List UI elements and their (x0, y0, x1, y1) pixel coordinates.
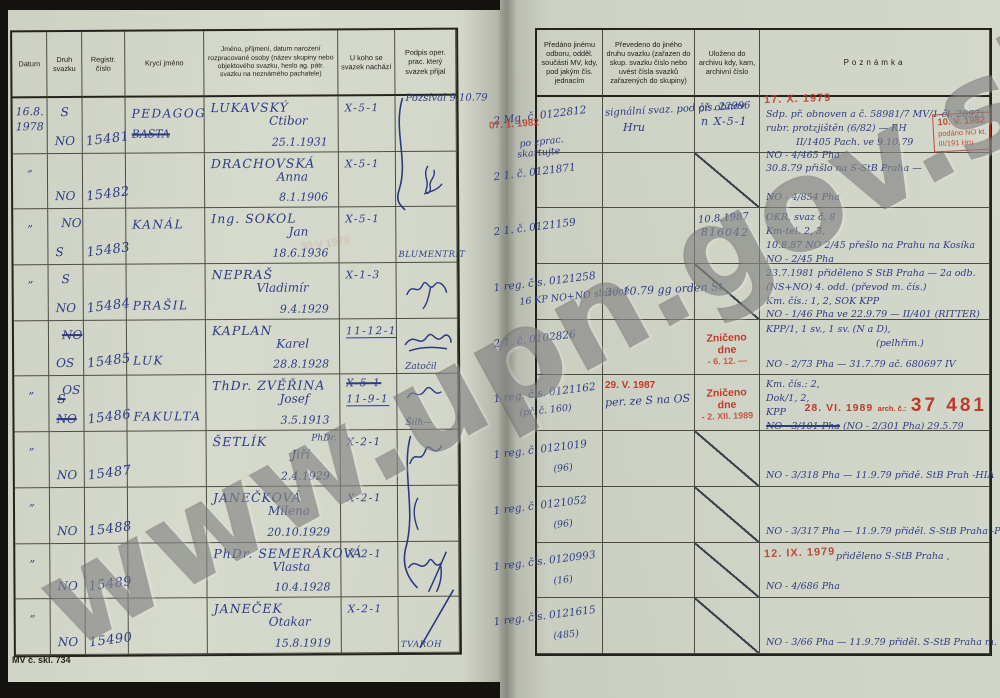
datum-value: „ (14, 272, 48, 287)
ukoho-cell: X-2-1 (341, 486, 398, 542)
ukoho-cell: X-5-1 (339, 152, 396, 208)
druh-top: S (62, 272, 70, 286)
location-code: X-2-1 (347, 436, 382, 448)
druh-cell: NO (48, 154, 83, 210)
left-registry-table: Datum Druh svazku Registr. číslo Krycí j… (10, 28, 462, 658)
podpis-cell: TVAROH (399, 597, 460, 653)
header-jmeno-prijmeni: Jméno, příjmení, datum narození rozpraco… (204, 30, 338, 97)
first-name: Otakar (269, 615, 311, 629)
signature-scribble (401, 382, 449, 408)
archive-number-stamp: 28. VI. 1989 arch. č.: 37 481 (805, 395, 987, 417)
note-line: 10.8.87 NO 2/45 přešlo na Prahu na Kosík… (766, 239, 983, 253)
signature-text: TVAROH (401, 640, 442, 650)
reg-cell: 15489 (85, 543, 128, 599)
note-line: Km-tel. 2, 3, (766, 225, 983, 239)
podpis-cell (398, 541, 459, 597)
datum-cell: „ (14, 265, 49, 321)
datum-value: „ (15, 551, 49, 566)
prevedeno-cell: 29. V. 1987per. ze S na OS (603, 375, 695, 431)
druh-bottom: S (55, 245, 63, 259)
reg-number: 15487 (87, 463, 132, 483)
date-stamp: 17. X. 1979 (764, 92, 832, 106)
first-name: Vlasta (273, 559, 311, 573)
kryci-cell (128, 543, 207, 599)
boxed-date-stamp: 10. V. 1982podáno NO kt.III/191 Hru (932, 111, 992, 152)
reg-cell: 15486 (84, 376, 127, 432)
kryci-cell: KANÁL (126, 209, 205, 265)
header-ulozeno: Uloženo do archivu kdy, kam, archivní čí… (695, 30, 760, 97)
kryci-cell (128, 487, 207, 543)
datum-value: „ (15, 495, 49, 510)
scanned-registry-spread: 30 V 1979 Datum Druh svazku Registr. čís… (0, 0, 1000, 698)
predano-cell: 1 reg. čís. 012125816 KP NO+NO složené (537, 264, 603, 320)
datum-cell: „ (16, 599, 51, 655)
note-line: (pelhřim.) (876, 337, 983, 351)
note-line: OKR, svaz č. 8 (766, 211, 983, 225)
date-of-birth: 10.4.1928 (274, 581, 330, 594)
podpis-cell: Zatočil (397, 318, 458, 374)
poznamka-cell: NO - 3/317 Pha — 11.9.79 přiděl. S-StB P… (760, 487, 990, 543)
header-prevedeno: Převedeno do jiného druhu svazku (zařaze… (603, 30, 695, 97)
datum-value: 16.8. 1978 (13, 105, 47, 135)
crossed-out-slash (695, 487, 759, 542)
note-line: NO - 3/317 Pha — 11.9.79 přiděl. S-StB P… (766, 525, 983, 539)
location-code: X-5-1 (345, 213, 380, 225)
destroyed-stamp: Zničeno dne- 6. 12. — (696, 331, 757, 367)
signature-scribble (402, 549, 458, 593)
reg-number: 15485 (86, 351, 131, 371)
predano-cell: 1 reg. čís. 0121615(485) (537, 598, 603, 654)
poznamka-cell: 23.7.1981 přiděleno S StB Praha — 2a odb… (760, 264, 990, 320)
druh-bottom: NO (58, 635, 78, 649)
ukoho-cell: X-2-1 (341, 542, 398, 598)
date-stamp: 12. IX. 1979 (764, 545, 836, 559)
first-name: Vladimír (256, 281, 308, 295)
predano-cell: 2 1. č. 0102826 (537, 320, 603, 376)
date-of-birth: 9.4.1929 (280, 302, 329, 315)
ulozeno-cell (695, 487, 760, 543)
kryci-cell: PEDAGOGBASTA (126, 97, 205, 153)
note-line: NO - 3/318 Pha — 11.9.79 přidě. StB Prah… (766, 469, 983, 483)
ukoho-cell: X-5-1 (339, 207, 396, 263)
jmeno-cell: JANEČKOVÁMilena20.10.1929 (207, 486, 341, 543)
ulozeno-cell (695, 598, 760, 654)
kryci-cell: PRAŠIL (127, 264, 206, 320)
druh-bottom: NO (56, 301, 76, 315)
cover-name: FAKULTA (133, 409, 201, 423)
poznamka-cell: 12. IX. 1979přiděleno S-StB Praha ,NO - … (760, 543, 990, 599)
ukoho-cell: X-5-111-9-1 (340, 374, 397, 430)
ulozeno-cell: Zničeno dne- 2. XII. 1989 (695, 375, 760, 431)
druh-bottom: OS (56, 356, 74, 370)
crossed-out-slash (695, 431, 759, 486)
prevedeno-cell (603, 543, 695, 599)
poznamka-cell: 30.8.79 přišlo na S-StB Praha —NO - 4/85… (760, 153, 990, 209)
prevedeno-cell (603, 153, 695, 209)
druh-top-struck: NO (62, 328, 82, 342)
date-of-birth: 25.1.1931 (272, 135, 328, 148)
datum-cell: „ (15, 488, 50, 544)
header-datum: Datum (12, 32, 47, 98)
ulozeno-cell (695, 543, 760, 599)
reg-cell: 15481 (83, 98, 126, 154)
location-code: X-2-1 (347, 492, 382, 504)
kryci-cell: LUK (127, 320, 206, 376)
jmeno-cell: ThDr. ZVĚŘINAJosef3.5.1913 (206, 375, 340, 432)
signature-text: Šilh— (405, 418, 432, 428)
druh-top: S (61, 105, 69, 119)
podpis-cell: Šilh— (397, 374, 458, 430)
reg-number: 15489 (88, 574, 133, 594)
title: PhDr. (311, 434, 336, 444)
reg-cell: 15483 (83, 209, 126, 265)
location-code: X-1-3 (346, 269, 381, 281)
date-of-birth: 28.8.1928 (273, 358, 329, 371)
note-line: 23.7.1981 přiděleno S StB Praha — 2a odb… (766, 267, 983, 281)
kryci-cell (129, 598, 208, 654)
location-code: X-5-1 (345, 102, 380, 114)
signature-text: Zatočil (405, 362, 437, 372)
signature-scribble (401, 271, 453, 311)
ulozeno-text: př. obnov. (698, 100, 748, 114)
note-line: KPP/1, 1 sv., 1 sv. (N a D), (766, 323, 983, 337)
datum-value: „ (15, 439, 49, 454)
reg-cell: 15485 (84, 320, 127, 376)
ulozeno-cell: Zničeno dne- 6. 12. — (695, 320, 760, 376)
reg-number: 15484 (86, 296, 131, 316)
location-code: X-5-1 (345, 158, 380, 170)
druh-cell: OSSNO (49, 376, 84, 432)
druh-bottom: NO (57, 468, 77, 482)
prevedeno-signature: Hru (623, 121, 645, 134)
reg-number: 15490 (88, 630, 133, 650)
note-line: NO - 3/66 Pha — 11.9.79 přiděl. S-StB Pr… (766, 636, 983, 650)
prevedeno-cell (603, 431, 695, 487)
location-code-struck: X-5-1 (346, 378, 381, 390)
surname: ŠETLÍK (213, 434, 268, 449)
predano-cell: 1 reg. čís. 0121162(př. č. 160) (537, 375, 603, 431)
location-code: 11-12-1 (346, 325, 397, 338)
predano-cell: 2 1. č. 0121871 (537, 153, 603, 209)
jmeno-cell: KAPLANKarel28.8.1928 (206, 319, 340, 376)
header-predano: Předáno jinému odboru, odděl. součásti M… (537, 30, 603, 97)
datum-cell: „ (14, 377, 49, 433)
ulozeno-date: 10.8.1987 (698, 212, 750, 227)
destroyed-stamp: Zničeno dne- 2. XII. 1989 (696, 386, 757, 422)
ulozeno-cell (695, 431, 760, 487)
prevedeno-cell: 30.10.79 gg orden St. (603, 264, 695, 320)
signature-scribble (402, 438, 452, 472)
jmeno-cell: JANEČEKOtakar15.8.1919 (208, 598, 342, 655)
podpis-cell (398, 430, 459, 486)
podpis-cell (396, 151, 457, 207)
header-poznamka: Poznámka (760, 30, 990, 97)
signature-text: BLUMENTRIT (398, 250, 465, 260)
signature-text: Pozsíval 9.10.79 (405, 92, 487, 104)
date-stamp: 29. V. 1987 (605, 380, 655, 391)
crossed-out-slash (695, 153, 759, 208)
first-name: Milena (268, 503, 310, 517)
note-line: NO - 2/73 Pha — 31.7.79 ač. 680697 IV (766, 358, 983, 372)
cover-name: PRAŠIL (133, 298, 189, 312)
header-u-koho: U koho se svazek nachází (338, 30, 395, 96)
location-code: X-2-1 (347, 548, 382, 560)
location-code: X-2-1 (348, 603, 383, 615)
reg-cell: 15487 (85, 432, 128, 488)
prevedeno-cell (603, 487, 695, 543)
jmeno-cell: Ing. SOKOLJan18.6.1936 (205, 208, 339, 265)
date-of-birth: 2.4.1929 (281, 469, 330, 482)
jmeno-cell: PhDr. SEMERÁKOVÁVlasta10.4.1928 (207, 542, 341, 599)
date-of-birth: 3.5.1913 (280, 414, 329, 427)
crossed-out-slash (695, 543, 759, 598)
prevedeno-cell (603, 208, 695, 264)
date-of-birth: 8.1.1906 (279, 191, 328, 204)
druh-cell: SNO (49, 265, 84, 321)
signature-scribble (401, 326, 455, 360)
jmeno-cell: ŠETLÍKPhDr.Jiří2.4.1929 (207, 430, 341, 487)
reg-cell: 15484 (84, 265, 127, 321)
ukoho-cell: 11-12-1 (340, 319, 397, 375)
first-name: Ctibor (269, 114, 308, 128)
prevedeno-text: per. ze S na OS (605, 392, 691, 409)
location-code: 11-9-1 (346, 394, 389, 407)
druh-bottom: NO (55, 189, 75, 203)
reg-number: 15481 (85, 129, 130, 149)
crossed-out-slash (695, 264, 759, 319)
header-druh-svazku: Druh svazku (47, 32, 82, 98)
kryci-cell: FAKULTA (127, 376, 206, 432)
reg-number: 15488 (87, 519, 132, 539)
prevedeno-cell: signální svaz. pod čís. 22996Hru (603, 97, 695, 153)
first-name: Karel (276, 336, 309, 350)
crossed-out-slash (695, 598, 759, 653)
first-name: Jiří (291, 448, 309, 462)
poznamka-cell: 17. X. 1979Sdp. př. obnoven a č. 58981/7… (760, 97, 990, 153)
date-of-birth: 20.10.1929 (267, 525, 330, 538)
first-name: Jan (289, 225, 309, 239)
predano-cell: 1 reg. č. 0121019(96) (537, 431, 603, 487)
cover-name: KANÁL (132, 218, 184, 232)
note-line: NO - 4/686 Pha (766, 580, 983, 594)
ulozeno-cell (695, 264, 760, 320)
poznamka-cell: KPP/1, 1 sv., 1 sv. (N a D),(pelhřim.)NO… (760, 320, 990, 376)
ukoho-cell: X-2-1 (341, 430, 398, 486)
first-name: Anna (277, 169, 308, 183)
datum-value: „ (16, 606, 50, 621)
reg-number: 15486 (87, 407, 132, 427)
predano-cell: 1 reg. čís. 0120993(16) (537, 543, 603, 599)
reg-number: 15482 (85, 184, 130, 204)
ukoho-cell: X-1-3 (340, 263, 397, 319)
druh-cell: NO (51, 599, 86, 655)
druh-bottom: NO (55, 134, 75, 148)
prevedeno-cell (603, 320, 695, 376)
cover-name: PEDAGOG (132, 106, 207, 120)
datum-cell (14, 321, 49, 377)
poznamka-cell: OKR, svaz č. 8Km-tel. 2, 3,10.8.87 NO 2/… (760, 208, 990, 264)
first-name: Josef (280, 392, 310, 406)
jmeno-cell: DRACHOVSKÁAnna8.1.1906 (205, 152, 339, 209)
cover-name-struck: BASTA (132, 127, 170, 140)
note-line: Km. čís.: 2, (766, 378, 983, 392)
jmeno-cell: LUKAVSKÝCtibor25.1.1931 (205, 96, 339, 153)
note-line: přiděleno S-StB Praha , (836, 550, 983, 564)
note-line: (NS+NO) 4. odd. (převod m. čís.) (766, 281, 983, 295)
poznamka-cell: NO - 3/66 Pha — 11.9.79 přiděl. S-StB Pr… (760, 598, 990, 654)
datum-cell: „ (15, 544, 50, 600)
druh-top: NO (61, 216, 81, 230)
ulozeno-text-2: n X-5-1 (701, 115, 747, 128)
predano-cell: 1 reg. č. 0121052(96) (537, 487, 603, 543)
druh-mid-struck: S (57, 392, 65, 406)
ulozeno-cell: 10.8.1987816042 (695, 208, 760, 264)
note-line: 30.8.79 přišlo na S-StB Praha — (766, 162, 983, 176)
signature-scribble (402, 494, 432, 534)
prevedeno-cell (603, 598, 695, 654)
druh-cell: NO (50, 488, 85, 544)
predano-cell: 2 1. č. 0121159 (537, 208, 603, 264)
kryci-cell (126, 153, 205, 209)
ulozeno-cell (695, 153, 760, 209)
ulozeno-cell: př. obnov.n X-5-1 (695, 97, 760, 153)
druh-cell: NOOS (49, 321, 84, 377)
header-podpis: Podpis oper. prac. který svazek přijal (395, 30, 456, 96)
note-line: Km. čís.: 1, 2, SOK KPP (766, 295, 983, 309)
druh-cell: NO (50, 432, 85, 488)
druh-cell: NOS (48, 209, 83, 265)
note-line: NO - 4/854 Pha (766, 191, 983, 205)
datum-value: „ (13, 161, 47, 176)
druh-bottom: NO (57, 523, 77, 537)
druh-bottom: NO (57, 579, 77, 593)
predano-cell: 2 Mg. č. 012281207. 1. 1982po zprac.skar… (537, 97, 603, 153)
jmeno-cell: NEPRAŠVladimír9.4.1929 (206, 263, 340, 320)
datum-cell: 16.8. 1978 (13, 98, 48, 154)
header-kryci-jmeno: Krycí jméno (125, 31, 204, 97)
druh-cell: SNO (48, 98, 83, 154)
datum-cell: „ (15, 432, 50, 488)
druh-cell: NO (50, 543, 85, 599)
datum-value: „ (14, 384, 48, 399)
date-of-birth: 15.8.1919 (275, 636, 331, 649)
podpis-cell (398, 485, 459, 541)
form-number: MV č. skl. 734 (12, 655, 71, 665)
ukoho-cell: X-2-1 (342, 597, 399, 653)
signature-scribble (400, 159, 450, 197)
date-of-birth: 18.6.1936 (272, 246, 328, 259)
podpis-cell: Pozsíval 9.10.79 (395, 96, 456, 152)
surname: Ing. SOKOL (211, 211, 296, 227)
reg-cell: 15482 (83, 153, 126, 209)
right-registry-table: Předáno jinému odboru, odděl. součásti M… (535, 28, 992, 656)
datum-cell: „ (13, 210, 48, 266)
datum-cell: „ (13, 154, 48, 210)
cover-name: LUK (133, 354, 164, 368)
reg-cell: 15488 (85, 487, 128, 543)
podpis-cell: BLUMENTRIT (396, 207, 457, 263)
ukoho-cell: X-5-1 (338, 96, 395, 152)
reg-cell: 15490 (86, 599, 129, 655)
kryci-cell (128, 431, 207, 487)
surname: KAPLAN (212, 323, 273, 338)
archive-number: 816042 (701, 226, 749, 239)
poznamka-cell: NO - 3/318 Pha — 11.9.79 přidě. StB Prah… (760, 431, 990, 487)
header-registracni-cislo: Registr. číslo (82, 32, 125, 98)
podpis-cell (397, 263, 458, 319)
datum-value: „ (13, 217, 47, 232)
poznamka-cell: Km. čís.: 2,Dok/1, 2,KPP28. VI. 1989 arc… (760, 375, 990, 431)
druh-bottom-struck: NO (56, 412, 76, 426)
reg-number: 15483 (86, 240, 131, 260)
